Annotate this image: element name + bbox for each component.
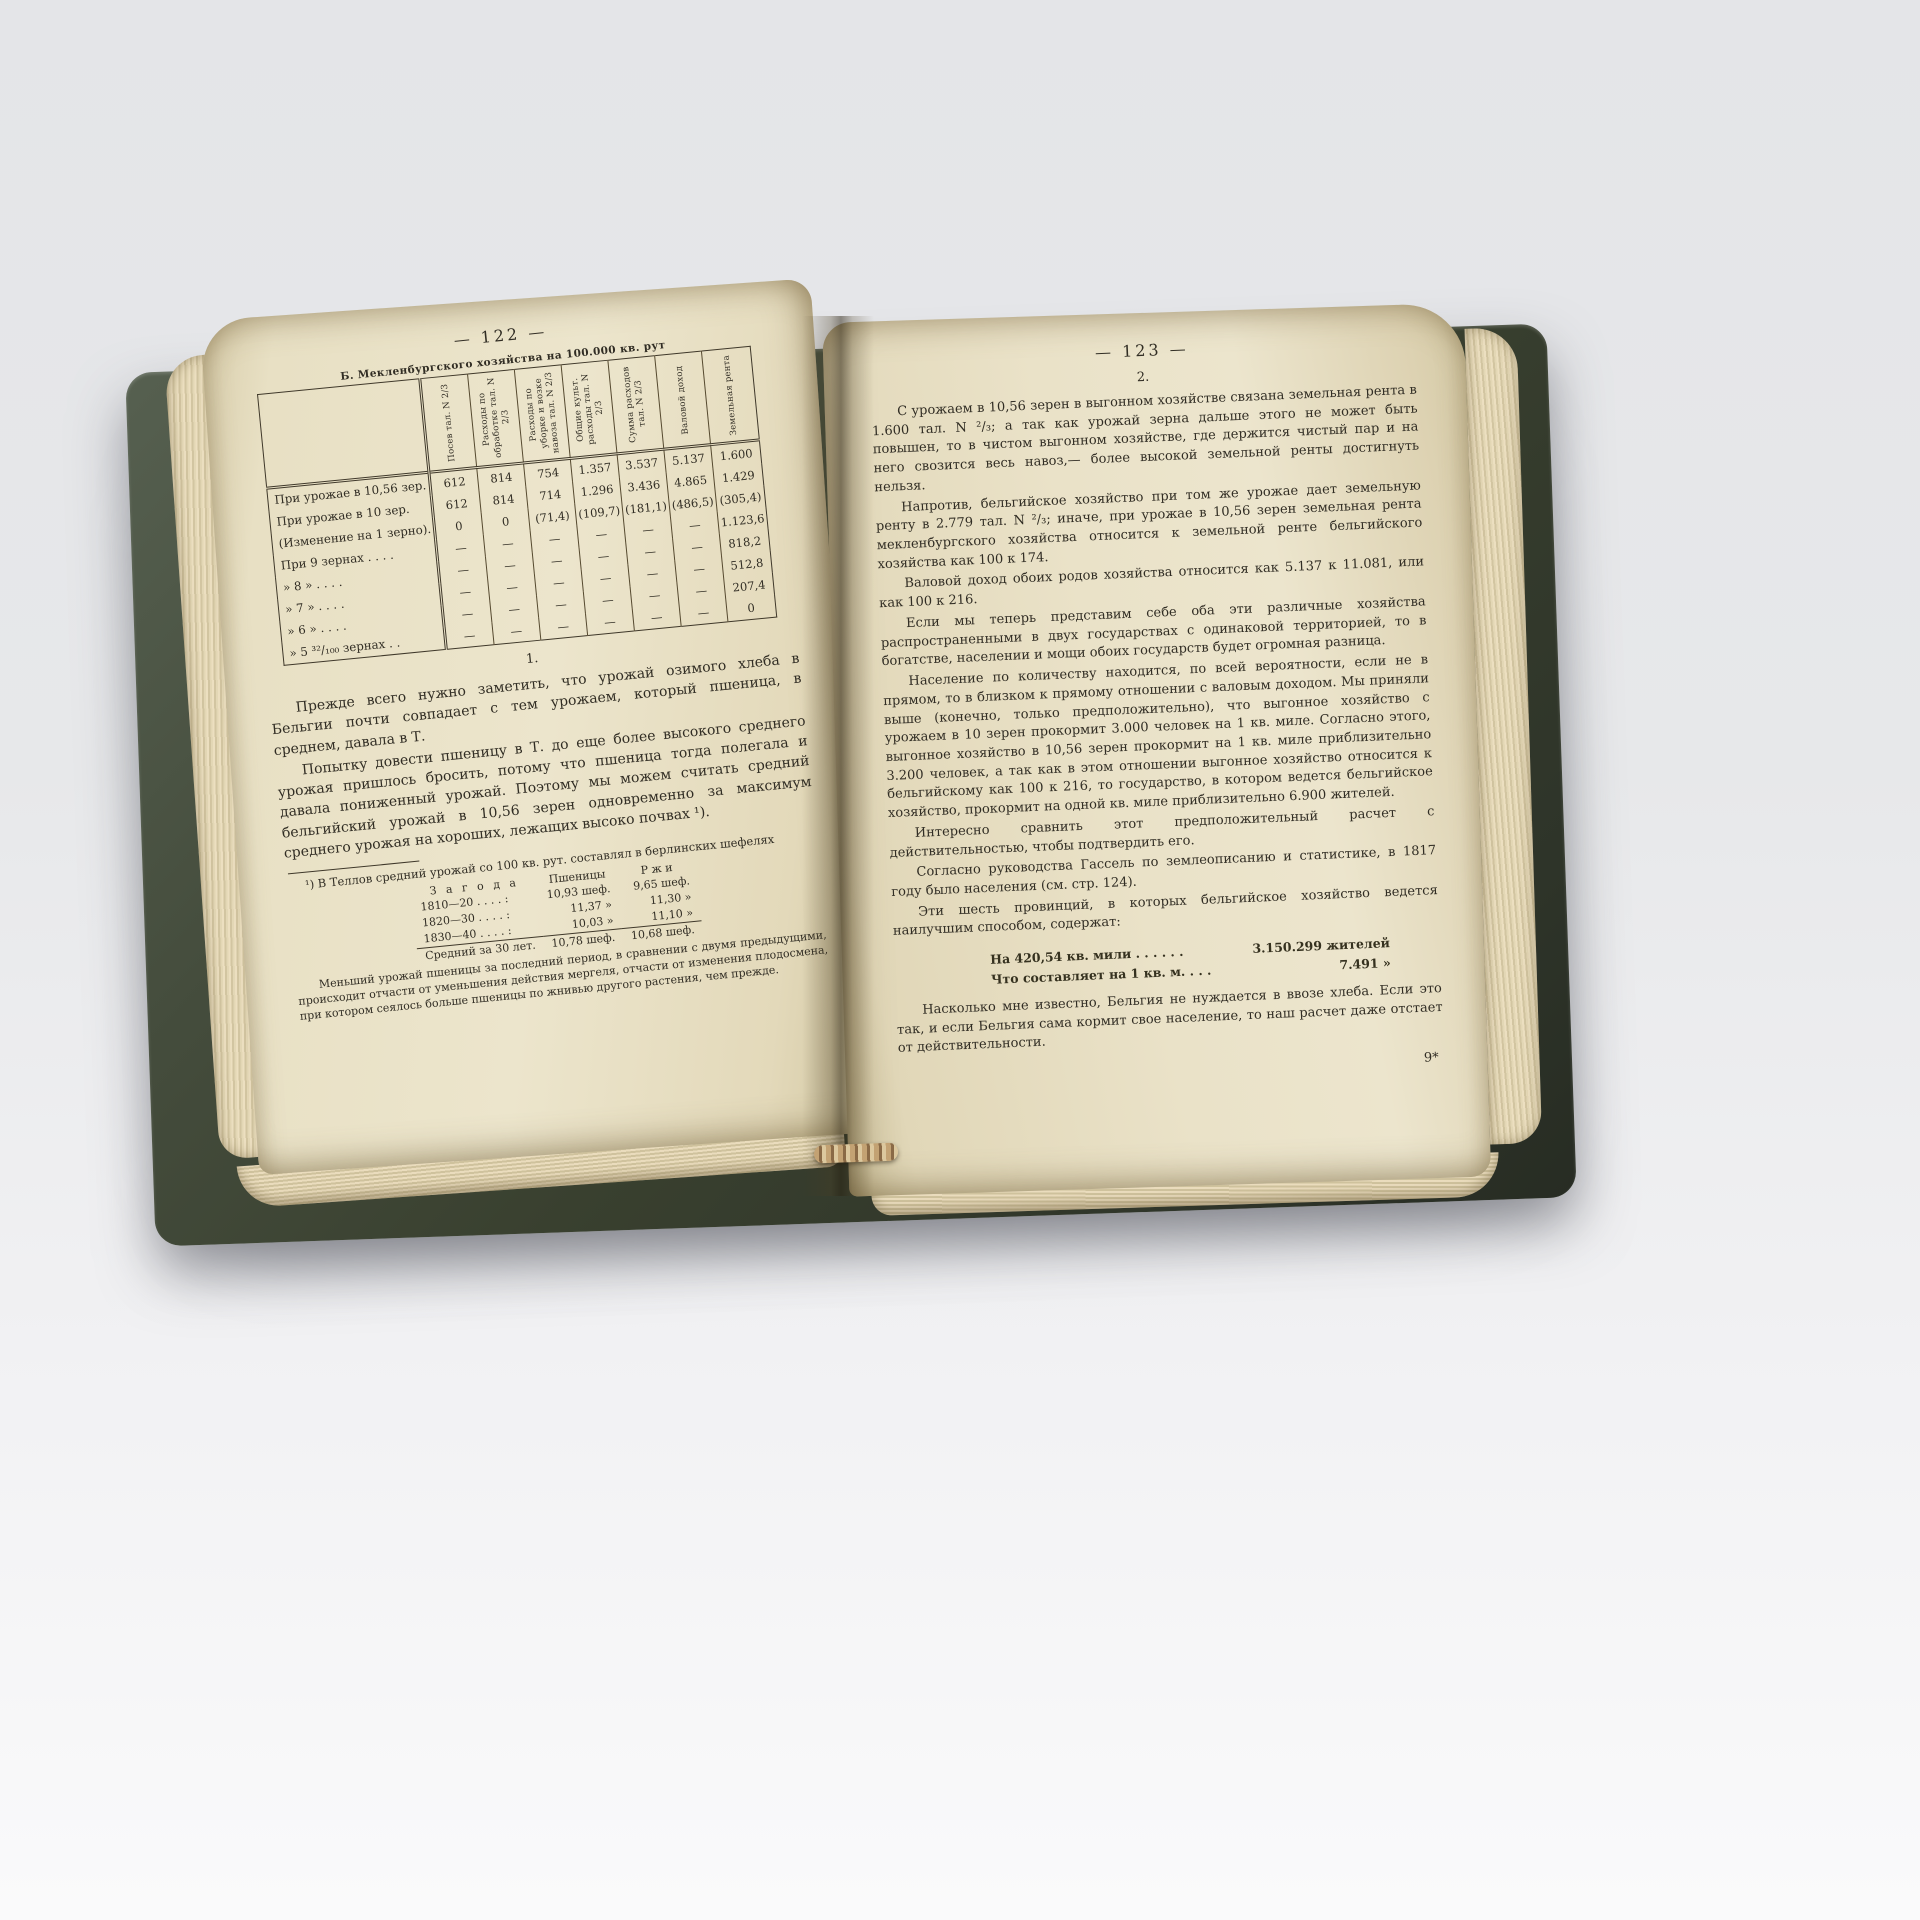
cell: — [679, 599, 728, 626]
paragraph: Население по количеству находится, по вс… [882, 651, 1434, 823]
left-page-block: — 122 — Б. Мекленбургского хозяйства на … [162, 278, 871, 1211]
mecklenburg-table: Посев тал. N 2/3 Расходы по обработке та… [257, 346, 777, 666]
signature-mark: 9* [899, 1050, 1445, 1088]
right-page-content: — 123 — 2. С урожаем в 10,56 зерен в выг… [818, 300, 1496, 1200]
left-page-content: — 122 — Б. Мекленбургского хозяйства на … [188, 271, 881, 1183]
spine-stitching [814, 1143, 899, 1164]
table-corner [258, 379, 429, 488]
right-page-block: — 123 — 2. С урожаем в 10,56 зерен в выг… [816, 301, 1544, 1223]
cell: — [539, 613, 588, 640]
closing-paragraph: Насколько мне известно, Бельгия не нужда… [896, 980, 1444, 1059]
cell: 0 [726, 595, 777, 622]
cell: — [492, 618, 541, 645]
open-book: — 122 — Б. Мекленбургского хозяйства на … [130, 260, 1580, 1270]
col-header-rent: Земельная рента [701, 346, 759, 444]
cell: — [585, 609, 634, 636]
stats-block: На 420,54 кв. мили . . . . . . 3.150.299… [990, 933, 1391, 988]
right-page: — 123 — 2. С урожаем в 10,56 зерен в выг… [822, 303, 1491, 1197]
cell: — [444, 622, 494, 649]
stat-value: 7.491 » [1339, 953, 1391, 975]
cell: — [632, 604, 681, 631]
left-page: — 122 — Б. Мекленбургского хозяйства на … [200, 278, 870, 1175]
